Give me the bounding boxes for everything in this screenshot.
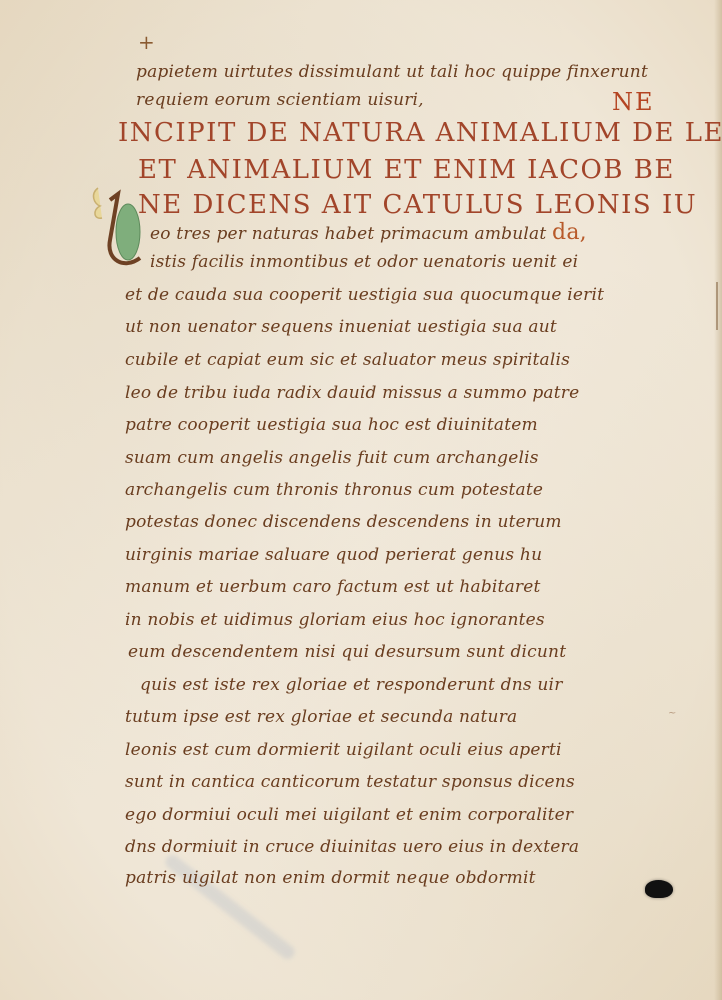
text-line: sunt in cantica canticorum testatur spon…: [125, 772, 575, 792]
text-line: cubile et capiat eum sic et saluator meu…: [125, 350, 570, 370]
text-line: patris uigilat non enim dormit neque obd…: [125, 868, 536, 888]
text-line: requiem eorum scientiam uisuri,: [136, 90, 424, 110]
text-line: manum et uerbum caro factum est ut habit…: [125, 577, 541, 597]
text-line: papietem uirtutes dissimulant ut tali ho…: [136, 62, 648, 82]
text-line: dns dormiuit in cruce diuinitas uero eiu…: [125, 837, 579, 857]
marginal-gloss: ~: [668, 708, 676, 719]
text-line: eo tres per naturas habet primacum ambul…: [150, 220, 587, 245]
text-line: patre cooperit uestigia sua hoc est diui…: [125, 415, 538, 435]
text-line: et de cauda sua cooperit uestigia sua qu…: [125, 285, 604, 305]
text-line: eum descendentem nisi qui desursum sunt …: [128, 642, 566, 662]
text-line: potestas donec discendens descendens in …: [125, 512, 562, 532]
text-line: tutum ipse est rex gloriae et secunda na…: [125, 707, 517, 727]
rubric-line: INCIPIT DE NATURA ANIMALIUM DE LEO: [118, 118, 722, 148]
text-line: ego dormiui oculi mei uigilant et enim c…: [125, 805, 573, 825]
text-line: quis est iste rex gloriae et responderun…: [140, 675, 563, 695]
text-line: ut non uenator sequens inueniat uestigia…: [125, 317, 557, 337]
text-line: suam cum angelis angelis fuit cum archan…: [125, 448, 539, 468]
cross-mark-icon: +: [138, 30, 155, 54]
rubric-ne: NE: [612, 88, 655, 116]
rubric-da: da,: [552, 220, 587, 245]
text-line: leo de tribu iuda radix dauid missus a s…: [125, 383, 579, 403]
text-line: archangelis cum thronis thronus cum pote…: [125, 480, 543, 500]
text-line: in nobis et uidimus gloriam eius hoc ign…: [125, 610, 545, 630]
rubric-line: NE DICENS AIT CATULUS LEONIS IU: [138, 190, 697, 220]
margin-bracket: [716, 282, 722, 330]
text-line: uirginis mariae saluare quod perierat ge…: [125, 545, 542, 565]
page-edge: [714, 0, 722, 1000]
rubric-line: ET ANIMALIUM ET ENIM IACOB BE: [138, 155, 675, 185]
ink-blot: [645, 880, 673, 898]
text-line: istis facilis inmontibus et odor uenator…: [150, 252, 578, 272]
manuscript-page: + papietem uirtutes dissimulant ut tali …: [0, 0, 722, 1000]
decorated-initial-icon: [88, 180, 146, 272]
text-line: leonis est cum dormierit uigilant oculi …: [125, 740, 562, 760]
